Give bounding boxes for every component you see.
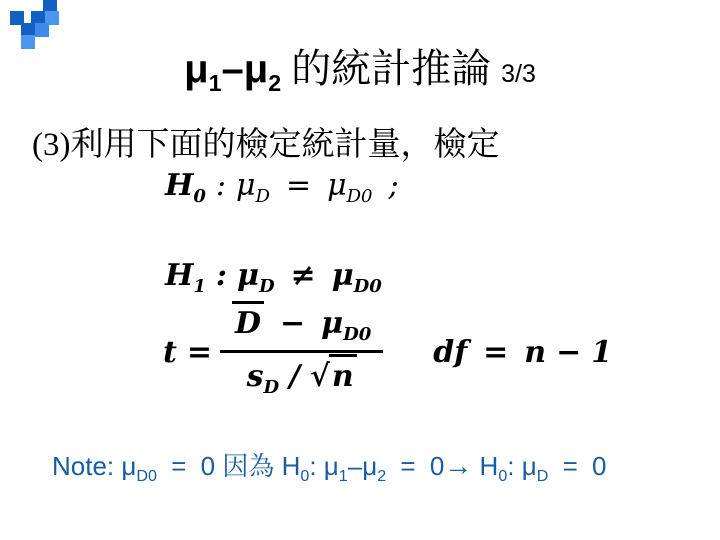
h0-eq: =	[286, 168, 311, 203]
note-dash: –	[348, 451, 362, 481]
den-sub: D	[264, 377, 280, 398]
num-minus: −	[280, 306, 305, 341]
h0-H: H	[165, 168, 193, 203]
note-colon2: :	[507, 451, 514, 481]
logo-square	[35, 23, 49, 37]
h0-hypothesis: H0:μD=μD0;	[165, 168, 399, 207]
df-n: n	[524, 335, 546, 370]
note-eq1: =	[171, 451, 186, 481]
note-cjk: 因為	[222, 451, 274, 481]
fraction-numerator: D−μD0	[220, 306, 383, 353]
title-sub1: 1	[209, 70, 222, 96]
note-sub1: 1	[339, 467, 348, 485]
page-indicator: 3/3	[501, 60, 536, 88]
body-line: (3)利用下面的檢定統計量，檢定	[32, 118, 499, 165]
note-h0-first-sub: 0	[300, 467, 309, 485]
df-one: 1	[591, 335, 612, 370]
title-mu2: μ	[244, 47, 268, 91]
note-sub2: 2	[377, 467, 386, 485]
note-h0-second: H	[480, 451, 499, 481]
t-symbol: t	[163, 335, 177, 370]
note-h0-first: H	[282, 451, 301, 481]
num-sub: D0	[343, 324, 371, 345]
note-val3: 0	[592, 451, 606, 481]
den-s: s	[247, 359, 264, 394]
title-text: 的統計推論	[281, 46, 501, 91]
t-statistic-formula: t = D−μD0 sD/√n df=n−1	[163, 306, 612, 398]
h1-H: H	[165, 258, 193, 293]
note-mu2: μ	[362, 451, 377, 481]
h0-mu-d: μ	[236, 168, 256, 203]
df-eq: =	[483, 335, 508, 370]
num-mu: μ	[321, 306, 343, 341]
note-mu1: μ	[324, 451, 339, 481]
note-val1: 0	[201, 451, 215, 481]
h1-colon: :	[216, 258, 227, 293]
note-eq2: =	[400, 451, 415, 481]
title-dash: –	[221, 47, 243, 91]
h1-sub: 1	[193, 276, 206, 297]
radicand-n: n	[329, 354, 357, 394]
note-eq3: =	[563, 451, 578, 481]
note-mu-d: μ	[522, 451, 537, 481]
note-sub-d: D	[537, 467, 549, 485]
slide: μ1–μ2 的統計推論 3/3 (3)利用下面的檢定統計量，檢定 H0:μD=μ…	[0, 0, 720, 540]
note-sub-d0: D0	[136, 467, 157, 485]
note-label: Note:	[52, 451, 114, 481]
note-mu-d0: μ	[121, 451, 136, 481]
note-colon1: :	[309, 451, 316, 481]
h1-sub-d0: D0	[354, 276, 382, 297]
title-math: μ1–μ2	[184, 47, 281, 91]
h1-neq: ≠	[291, 258, 316, 293]
right-arrow-icon: →	[444, 450, 472, 481]
radical-sign: √	[310, 359, 330, 394]
h0-sub-d: D	[256, 186, 270, 207]
note-line: Note: μD0 = 0 因為 H0: μ1–μ2 = 0→ H0: μD =…	[52, 446, 607, 486]
note-h0-second-sub: 0	[498, 467, 507, 485]
t-eq: =	[187, 335, 212, 370]
slide-title: μ1–μ2 的統計推論 3/3	[0, 46, 720, 97]
h1-mu-d0: μ	[332, 258, 354, 293]
df-formula: df=n−1	[433, 335, 612, 370]
h0-colon: :	[216, 168, 226, 203]
fraction-denominator: sD/√n	[247, 353, 357, 398]
note-val2: 0	[430, 451, 444, 481]
title-sub2: 2	[268, 70, 281, 96]
h0-semicolon: ;	[388, 168, 398, 203]
d-bar: D	[232, 301, 264, 341]
df-minus: −	[556, 335, 581, 370]
den-slash: /	[289, 359, 300, 394]
df-label: df	[433, 335, 467, 370]
title-mu1: μ	[184, 47, 208, 91]
h1-sub-d: D	[259, 276, 275, 297]
fraction: D−μD0 sD/√n	[220, 306, 383, 398]
h1-hypothesis: H1:μD≠μD0	[165, 258, 382, 297]
h0-mu-d0: μ	[327, 168, 347, 203]
h0-sub: 0	[193, 186, 206, 207]
h0-sub-d0: D0	[347, 186, 373, 207]
h1-mu-d: μ	[237, 258, 259, 293]
